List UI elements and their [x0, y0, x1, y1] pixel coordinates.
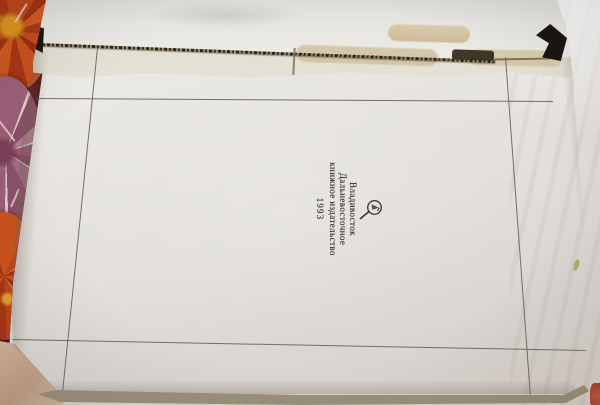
imprint-year: 1993 — [315, 198, 325, 220]
binding-dark-segment — [452, 49, 494, 60]
imprint-publisher-line2: книжное издательство — [328, 162, 338, 256]
fabric-bottom-right-bit — [590, 383, 600, 405]
publisher-emblem-icon — [359, 198, 383, 220]
photo-scene: Владивосток Дальневосточное книжное изда… — [0, 0, 600, 405]
page-stain — [150, 2, 300, 28]
book: Владивосток Дальневосточное книжное изда… — [0, 0, 600, 405]
imprint-city: Владивосток — [348, 182, 358, 236]
imprint-publisher-line1: Дальневосточное — [338, 173, 348, 246]
publisher-imprint: Владивосток Дальневосточное книжное изда… — [313, 154, 383, 264]
tape-residue — [388, 24, 470, 43]
page-sheen — [60, 100, 520, 350]
